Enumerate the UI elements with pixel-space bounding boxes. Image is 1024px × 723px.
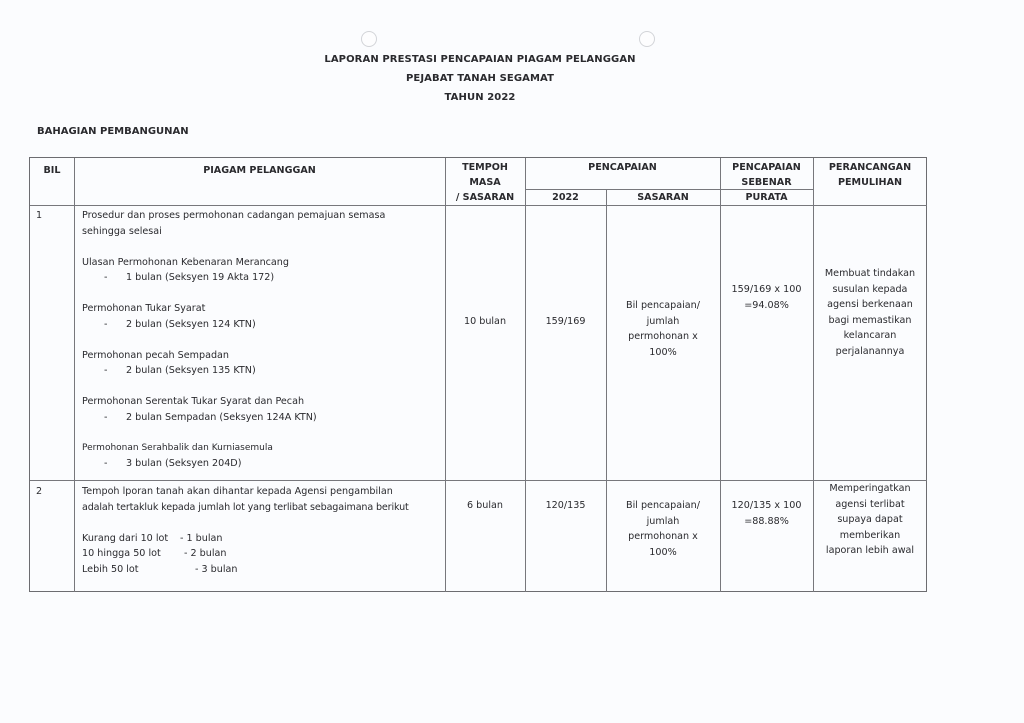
row2-intro-line1: Tempoh lporan tanah akan dihantar kepada…	[82, 484, 444, 500]
row2-perancangan-line2: agensi terlibat	[813, 497, 927, 513]
row2-sasaran-line4: 100%	[606, 545, 720, 561]
row1-item5-title: Permohonan Serahbalik dan Kurniasemula	[82, 441, 442, 457]
header-tempoh-line2: MASA	[445, 175, 525, 190]
header-pencapaian-sasaran: SASARAN	[606, 190, 720, 205]
row1-perancangan: Membuat tindakan susulan kepada agensi b…	[813, 266, 927, 359]
header-perancangan-line1: PERANCANGAN	[813, 160, 927, 175]
row2-intro-line2: adalah tertakluk kepada jumlah lot yang …	[82, 500, 444, 516]
row1-description: Prosedur dan proses permohonan cadangan …	[82, 208, 442, 472]
row1-item1-detail: -1 bulan (Seksyen 19 Akta 172)	[82, 270, 442, 286]
row2-perancangan: Memperingatkan agensi terlibat supaya da…	[813, 481, 927, 559]
header-sebenar: PENCAPAIAN SEBENAR	[720, 160, 813, 190]
row2-lot3-period: - 3 bulan	[195, 562, 237, 578]
punch-hole-right	[639, 31, 655, 47]
header-piagam: PIAGAM PELANGGAN	[74, 163, 445, 178]
row2-lot1: Kurang dari 10 lot- 1 bulan	[82, 531, 444, 547]
row2-sasaran-line1: Bil pencapaian/	[606, 498, 720, 514]
row1-sasaran-line4: 100%	[606, 345, 720, 361]
row2-perancangan-line4: memberikan	[813, 528, 927, 544]
row1-perancangan-line4: bagi memastikan	[813, 313, 927, 329]
header-perancangan-line2: PEMULIHAN	[813, 175, 927, 190]
row1-pencapaian-2022: 159/169	[525, 314, 606, 330]
row1-item1-title: Ulasan Permohonan Kebenaran Merancang	[82, 255, 442, 271]
row1-intro-line2: sehingga selesai	[82, 224, 442, 240]
row1-item3-title: Permohonan pecah Sempadan	[82, 348, 442, 364]
row1-item2-title: Permohonan Tukar Syarat	[82, 301, 442, 317]
row1-perancangan-line2: susulan kepada	[813, 282, 927, 298]
row1-sasaran-line3: permohonan x	[606, 329, 720, 345]
report-year: TAHUN 2022	[0, 92, 960, 103]
header-pencapaian: PENCAPAIAN	[525, 160, 720, 175]
punch-hole-left	[361, 31, 377, 47]
row2-sasaran: Bil pencapaian/ jumlah permohonan x 100%	[606, 498, 720, 560]
row2-lot1-period: - 1 bulan	[180, 531, 222, 547]
row2-sasaran-line2: jumlah	[606, 514, 720, 530]
row2-sasaran-line3: permohonan x	[606, 529, 720, 545]
row1-purata-result: =94.08%	[720, 298, 813, 314]
row1-item2-detail-text: 2 bulan (Seksyen 124 KTN)	[126, 319, 256, 330]
row1-purata-formula: 159/169 x 100	[720, 282, 813, 298]
row1-intro-line1: Prosedur dan proses permohonan cadangan …	[82, 208, 442, 224]
row2-purata-result: =88.88%	[720, 514, 813, 530]
row1-item2-detail: -2 bulan (Seksyen 124 KTN)	[82, 317, 442, 333]
row1-sasaran-line2: jumlah	[606, 314, 720, 330]
header-tempoh-line1: TEMPOH	[445, 160, 525, 175]
row1-item5-detail: -3 bulan (Seksyen 204D)	[82, 456, 442, 472]
row1-sasaran-line1: Bil pencapaian/	[606, 298, 720, 314]
report-title: LAPORAN PRESTASI PENCAPAIAN PIAGAM PELAN…	[0, 54, 960, 65]
header-tempoh-line3: / SASARAN	[445, 190, 525, 205]
header-perancangan: PERANCANGAN PEMULIHAN	[813, 160, 927, 190]
header-purata: PURATA	[720, 190, 813, 205]
header-bil: BIL	[30, 163, 74, 178]
row1-item4-detail-text: 2 bulan Sempadan (Seksyen 124A KTN)	[126, 412, 317, 423]
row1-sasaran: Bil pencapaian/ jumlah permohonan x 100%	[606, 298, 720, 360]
row2-tempoh: 6 bulan	[445, 498, 525, 514]
row1-perancangan-line6: perjalanannya	[813, 344, 927, 360]
row1-tempoh: 10 bulan	[445, 314, 525, 330]
row1-perancangan-line1: Membuat tindakan	[813, 266, 927, 282]
row1-item5-detail-text: 3 bulan (Seksyen 204D)	[126, 458, 241, 469]
row1-perancangan-line3: agensi berkenaan	[813, 297, 927, 313]
row2-purata: 120/135 x 100 =88.88%	[720, 498, 813, 529]
row2-purata-formula: 120/135 x 100	[720, 498, 813, 514]
header-tempoh: TEMPOH MASA / SASARAN	[445, 160, 525, 205]
row2-perancangan-line5: laporan lebih awal	[813, 543, 927, 559]
row1-item4-title: Permohonan Serentak Tukar Syarat dan Pec…	[82, 394, 442, 410]
row1-item1-detail-text: 1 bulan (Seksyen 19 Akta 172)	[126, 272, 274, 283]
row2-perancangan-line1: Memperingatkan	[813, 481, 927, 497]
row2-perancangan-line3: supaya dapat	[813, 512, 927, 528]
header-pencapaian-2022: 2022	[525, 190, 606, 205]
header-sebenar-line1: PENCAPAIAN	[720, 160, 813, 175]
row2-lot3: Lebih 50 lot- 3 bulan	[82, 562, 444, 578]
charter-table: BIL PIAGAM PELANGGAN TEMPOH MASA / SASAR…	[29, 157, 927, 592]
row1-perancangan-line5: kelancaran	[813, 328, 927, 344]
row2-lot2-range: 10 hingga 50 lot	[82, 546, 184, 562]
row2-lot2-period: - 2 bulan	[184, 546, 226, 562]
row1-bil: 1	[36, 208, 42, 224]
report-office: PEJABAT TANAH SEGAMAT	[0, 73, 960, 84]
row2-description: Tempoh lporan tanah akan dihantar kepada…	[82, 484, 444, 577]
row2-lot2: 10 hingga 50 lot- 2 bulan	[82, 546, 444, 562]
row1-item3-detail: -2 bulan (Seksyen 135 KTN)	[82, 363, 442, 379]
row1-item3-detail-text: 2 bulan (Seksyen 135 KTN)	[126, 365, 256, 376]
row1-item4-detail: -2 bulan Sempadan (Seksyen 124A KTN)	[82, 410, 442, 426]
row2-lot1-range: Kurang dari 10 lot	[82, 531, 180, 547]
row1-purata: 159/169 x 100 =94.08%	[720, 282, 813, 313]
row2-bil: 2	[36, 484, 42, 500]
header-sebenar-line2: SEBENAR	[720, 175, 813, 190]
row2-pencapaian-2022: 120/135	[525, 498, 606, 514]
section-heading: BAHAGIAN PEMBANGUNAN	[37, 126, 189, 137]
row2-lot3-range: Lebih 50 lot	[82, 562, 195, 578]
